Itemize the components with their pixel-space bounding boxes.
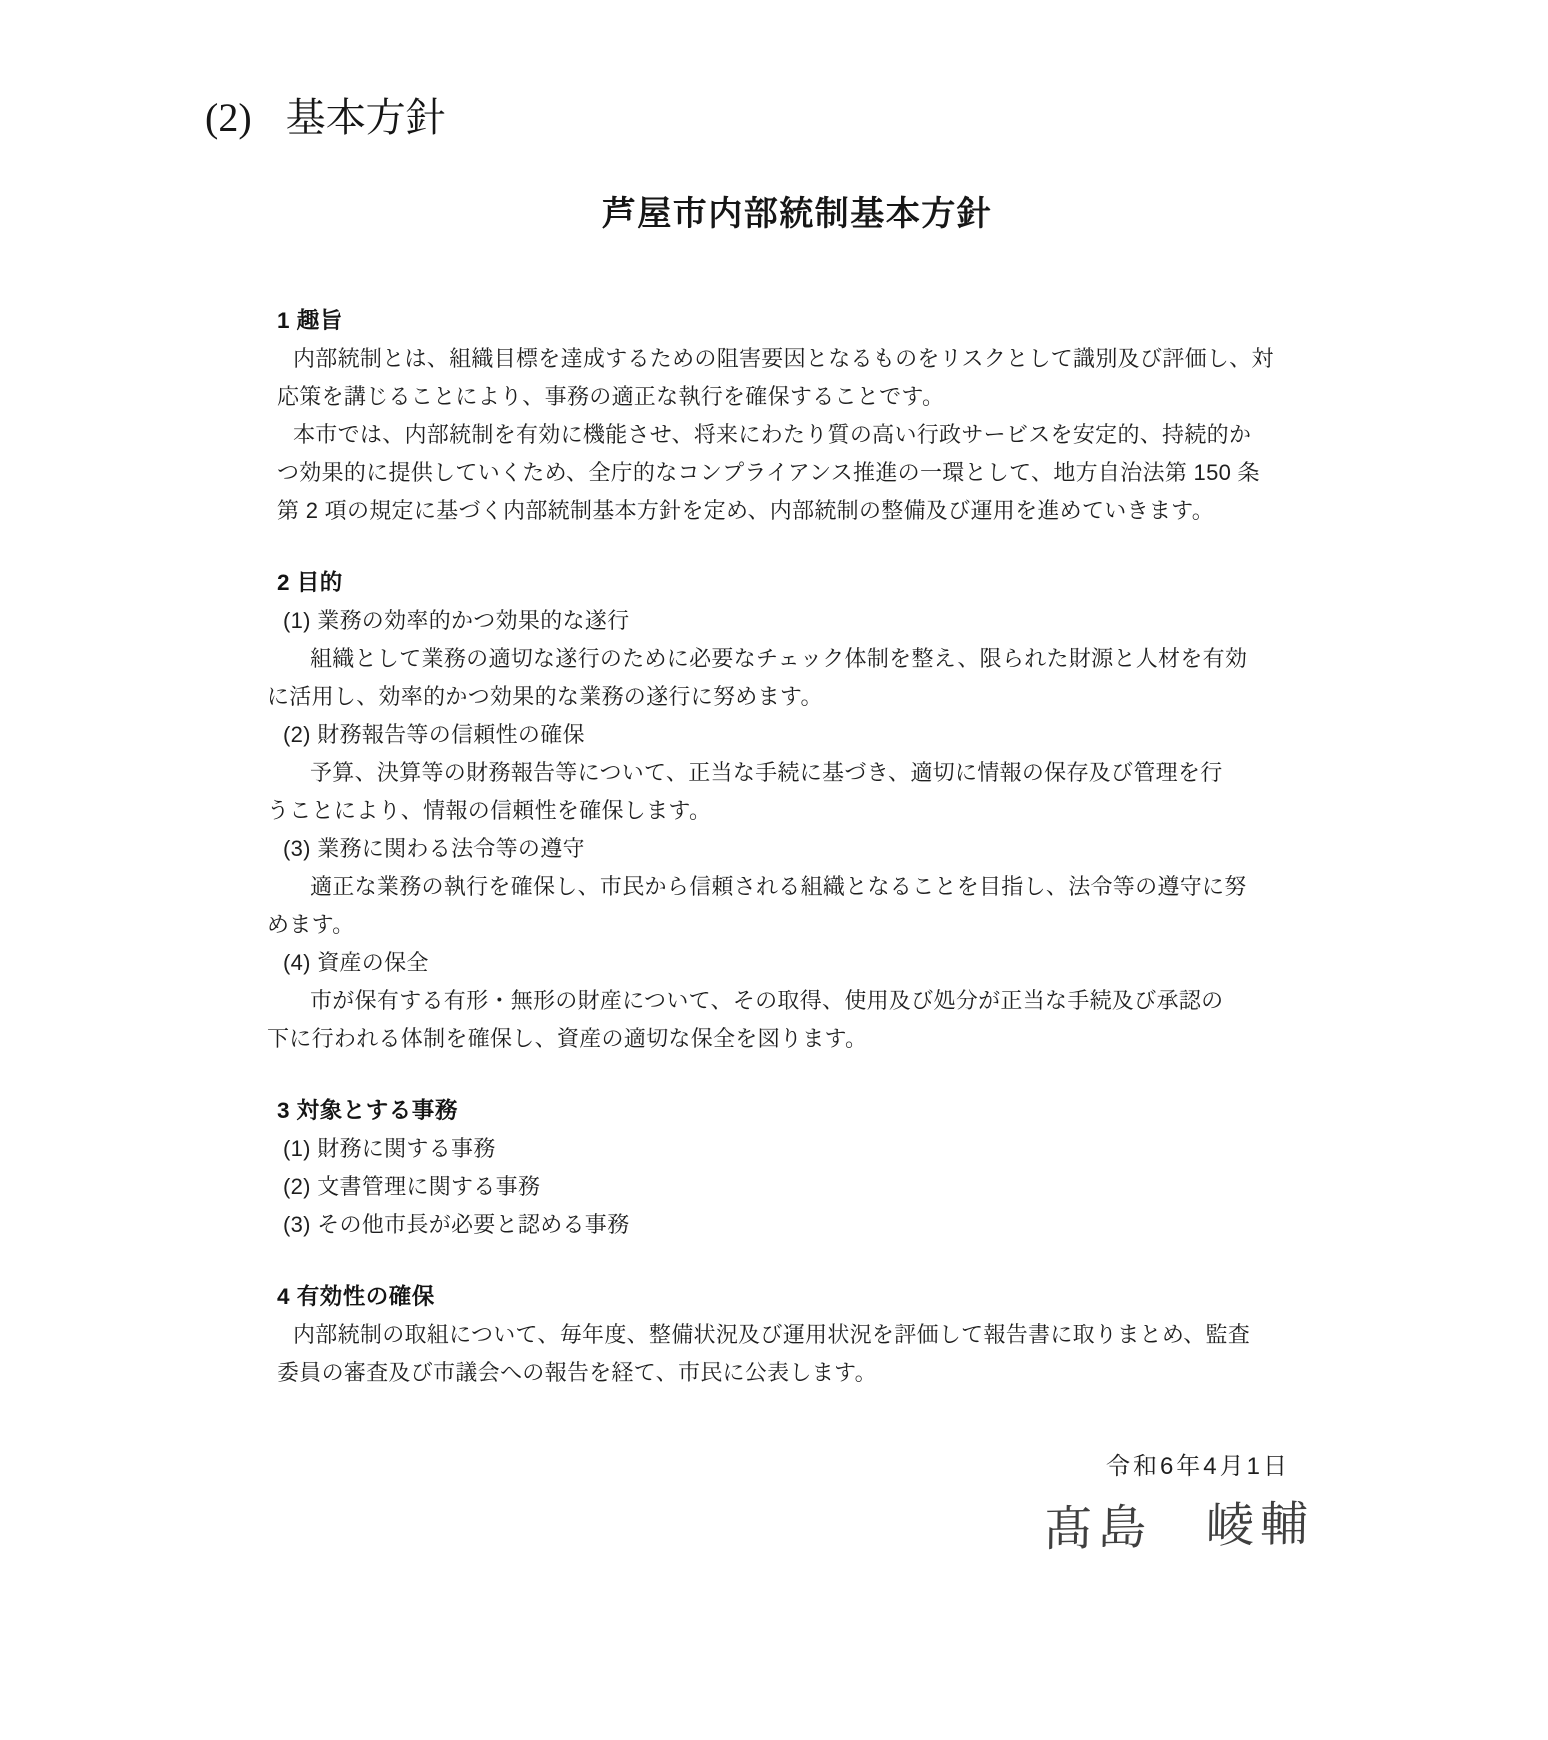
text-line: 応策を講じることにより、事務の適正な執行を確保することです。 bbox=[267, 378, 1337, 416]
text-line: つ効果的に提供していくため、全庁的なコンプライアンス推進の一環として、地方自治法… bbox=[267, 454, 1337, 492]
outline-heading: (2)基本方針 bbox=[205, 94, 446, 142]
text-line: 第 2 項の規定に基づく内部統制基本方針を定め、内部統制の整備及び運用を進めてい… bbox=[267, 492, 1337, 530]
text-line: 組織として業務の適切な遂行のために必要なチェック体制を整え、限られた財源と人材を… bbox=[267, 640, 1337, 678]
section-heading: 3 対象とする事務 bbox=[267, 1092, 1337, 1130]
document-body: 1 趣旨内部統制とは、組織目標を達成するための阻害要因となるものをリスクとして識… bbox=[267, 302, 1337, 1392]
text-line: (2) 文書管理に関する事務 bbox=[267, 1168, 1337, 1206]
text-line: 内部統制の取組について、毎年度、整備状況及び運用状況を評価して報告書に取りまとめ… bbox=[267, 1316, 1337, 1354]
section-heading: 4 有効性の確保 bbox=[267, 1278, 1337, 1316]
text-line: 本市では、内部統制を有効に機能させ、将来にわたり質の高い行政サービスを安定的、持… bbox=[267, 416, 1337, 454]
text-line: (1) 業務の効率的かつ効果的な遂行 bbox=[267, 602, 1337, 640]
text-line: (3) 業務に関わる法令等の遵守 bbox=[267, 830, 1337, 868]
text-line: 適正な業務の執行を確保し、市民から信頼される組織となることを目指し、法令等の遵守… bbox=[267, 868, 1337, 906]
text-line: うことにより、情報の信頼性を確保します。 bbox=[267, 792, 1337, 830]
text-line: めます。 bbox=[267, 906, 1337, 944]
text-line: (3) その他市長が必要と認める事務 bbox=[267, 1206, 1337, 1244]
outline-heading-number: (2) bbox=[205, 95, 252, 140]
text-line: (1) 財務に関する事務 bbox=[267, 1130, 1337, 1168]
effective-date: 令和6年4月1日 bbox=[1106, 1452, 1290, 1482]
mayor-signature: 髙島 崚輔 bbox=[1044, 1492, 1315, 1562]
section-heading: 2 目的 bbox=[267, 564, 1337, 602]
section-heading: 1 趣旨 bbox=[267, 302, 1337, 340]
document-section: 1 趣旨内部統制とは、組織目標を達成するための阻害要因となるものをリスクとして識… bbox=[267, 302, 1337, 530]
document-section: 4 有効性の確保内部統制の取組について、毎年度、整備状況及び運用状況を評価して報… bbox=[267, 1278, 1337, 1392]
text-line: に活用し、効率的かつ効果的な業務の遂行に努めます。 bbox=[267, 678, 1337, 716]
text-line: 委員の審査及び市議会への報告を経て、市民に公表します。 bbox=[267, 1354, 1337, 1392]
text-line: 下に行われる体制を確保し、資産の適切な保全を図ります。 bbox=[267, 1020, 1337, 1058]
outline-heading-label: 基本方針 bbox=[286, 95, 446, 140]
document-title: 芦屋市内部統制基本方針 bbox=[267, 192, 1327, 236]
text-line: 市が保有する有形・無形の財産について、その取得、使用及び処分が正当な手続及び承認… bbox=[267, 982, 1337, 1020]
text-line: (2) 財務報告等の信頼性の確保 bbox=[267, 716, 1337, 754]
text-line: 予算、決算等の財務報告等について、正当な手続に基づき、適切に情報の保存及び管理を… bbox=[267, 754, 1337, 792]
text-line: (4) 資産の保全 bbox=[267, 944, 1337, 982]
text-line: 内部統制とは、組織目標を達成するための阻害要因となるものをリスクとして識別及び評… bbox=[267, 340, 1337, 378]
document-page: (2)基本方針 芦屋市内部統制基本方針 1 趣旨内部統制とは、組織目標を達成する… bbox=[0, 0, 1548, 1740]
document-section: 2 目的(1) 業務の効率的かつ効果的な遂行組織として業務の適切な遂行のために必… bbox=[267, 564, 1337, 1058]
document-section: 3 対象とする事務(1) 財務に関する事務(2) 文書管理に関する事務(3) そ… bbox=[267, 1092, 1337, 1244]
